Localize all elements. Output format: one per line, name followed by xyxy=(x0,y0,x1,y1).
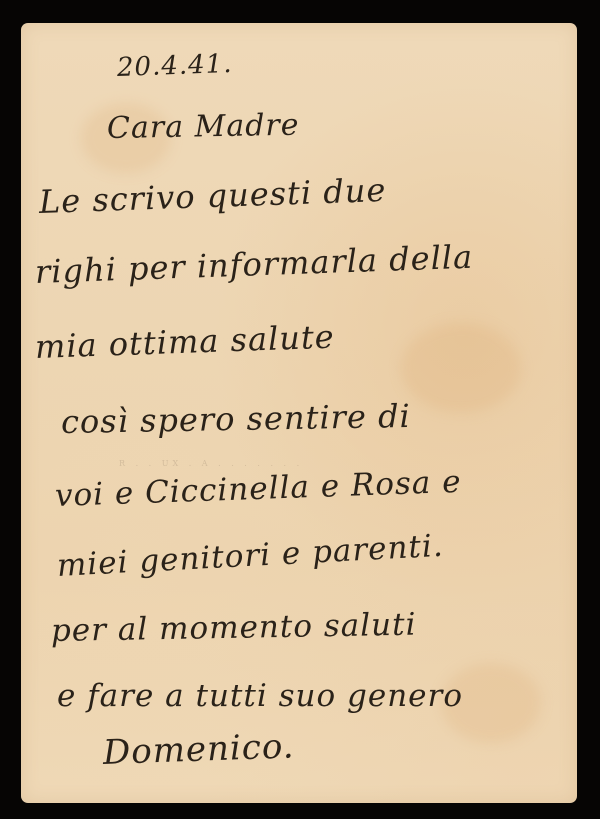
letter-line: voi e Ciccinella e Rosa e xyxy=(54,464,462,514)
letter-line: e fare a tutti suo genero xyxy=(57,678,463,714)
letter-signature: Domenico. xyxy=(102,726,295,773)
letter-date: 20.4.41. xyxy=(116,49,232,83)
postcard: R . . UX . A . . . . . . . 20.4.41. Cara… xyxy=(21,23,577,803)
letter-line: così spero sentire di xyxy=(61,397,411,441)
letter-line: per al momento saluti xyxy=(51,607,417,649)
letter-line: Le scrivo questi due xyxy=(38,171,387,221)
letter-line: mia ottima salute xyxy=(34,318,335,366)
letter-line: miei genitori e parenti. xyxy=(56,528,444,584)
photo-background: R . . UX . A . . . . . . . 20.4.41. Cara… xyxy=(0,0,600,819)
letter-salutation: Cara Madre xyxy=(107,108,300,146)
letter-line: righi per informarla della xyxy=(34,238,473,291)
show-through-print: R . . UX . A . . . . . . . xyxy=(119,459,303,468)
paper-stain xyxy=(401,323,521,413)
